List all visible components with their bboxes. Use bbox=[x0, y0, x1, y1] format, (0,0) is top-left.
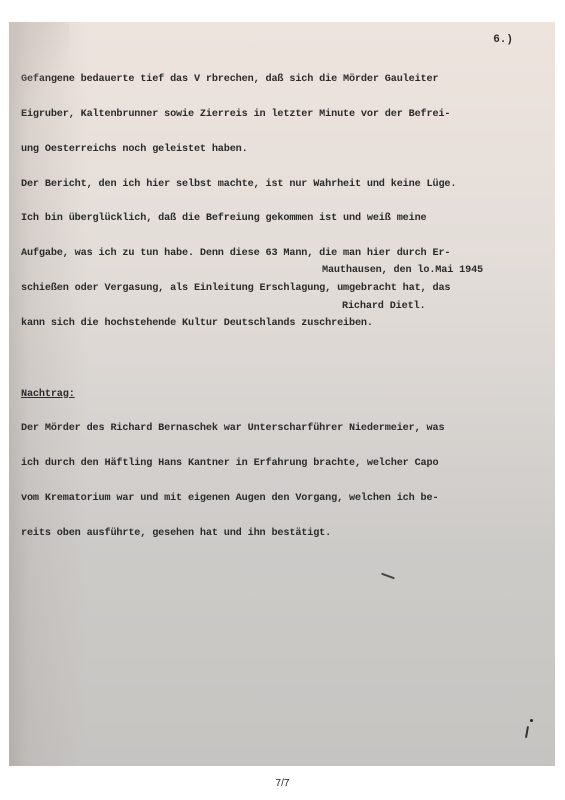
scanned-page: 6.) Gefangene bedauerte tief das V rbrec… bbox=[9, 22, 555, 766]
paragraph-gap bbox=[21, 352, 551, 365]
addendum-heading: Nachtrag: bbox=[21, 389, 551, 401]
page-indicator: 7/7 bbox=[0, 778, 565, 789]
text-line: Gefangene bedauerte tief das V rbrechen,… bbox=[21, 74, 551, 86]
ink-mark bbox=[530, 719, 533, 722]
text-line: Ich bin überglücklich, daß die Befreiung… bbox=[21, 213, 551, 225]
text-line: reits oben ausführte, gesehen hat und ih… bbox=[21, 528, 551, 540]
text-line: Der Bericht, den ich hier selbst machte,… bbox=[21, 179, 551, 191]
signature-block: Mauthausen, den lo.Mai 1945 Richard Diet… bbox=[322, 241, 483, 337]
text-line: ich durch den Häftling Hans Kantner in E… bbox=[21, 458, 551, 470]
text-line: Eigruber, Kaltenbrunner sowie Zierreis i… bbox=[21, 109, 551, 121]
text-line: ung Oesterreichs noch geleistet haben. bbox=[21, 144, 551, 156]
text-line: Der Mörder des Richard Bernaschek war Un… bbox=[21, 423, 551, 435]
ink-mark bbox=[381, 573, 395, 580]
ink-mark bbox=[525, 726, 529, 738]
page-marker: 6.) bbox=[493, 34, 513, 46]
text-line: vom Krematorium war und mit eigenen Auge… bbox=[21, 493, 551, 505]
signatory-name: Richard Dietl. bbox=[322, 301, 483, 313]
place-date: Mauthausen, den lo.Mai 1945 bbox=[322, 265, 483, 277]
